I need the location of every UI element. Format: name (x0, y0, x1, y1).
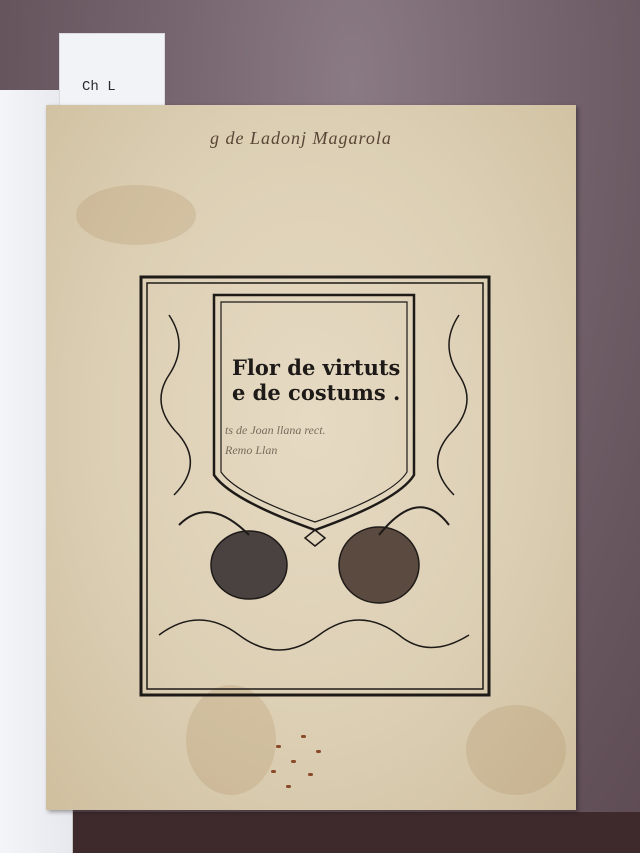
shelfmark-line1: Ch L (82, 79, 116, 95)
manuscript-note: ts de Joan llana rect. Remo Llan (225, 420, 326, 460)
manuscript-note-line-1: ts de Joan llana rect. (225, 420, 326, 440)
title-line-1: Flor de virtuts (232, 355, 400, 380)
book-title: Flor de virtuts e de costums . (232, 355, 400, 405)
title-line-2: e de costums . (232, 380, 400, 405)
manuscript-note-line-2: Remo Llan (225, 440, 326, 460)
owner-inscription: g de Ladonj Magarola (210, 128, 392, 149)
book-cover-edge (40, 812, 640, 853)
woodcut-border (139, 275, 491, 697)
